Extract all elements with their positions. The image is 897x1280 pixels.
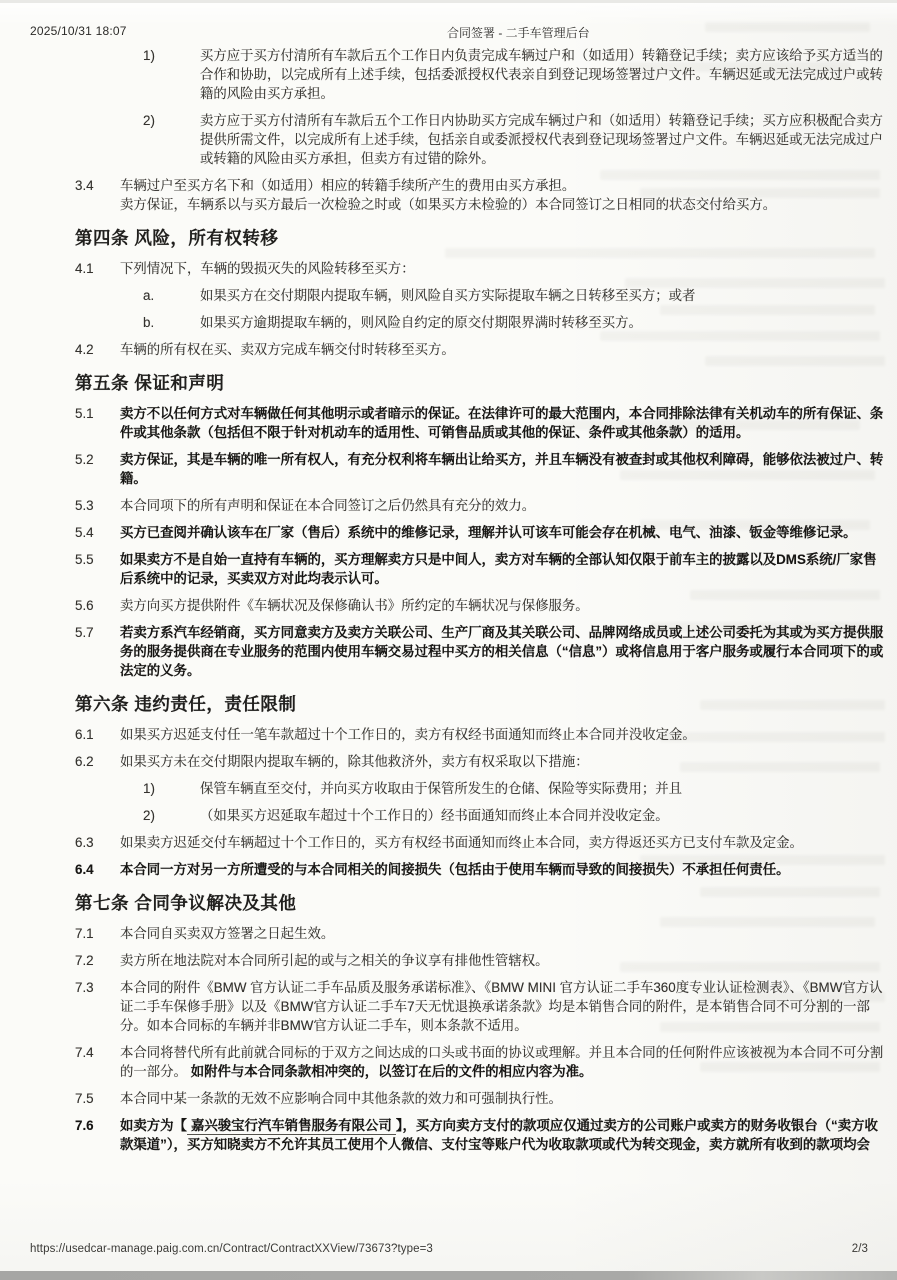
clause-5-2: 5.2 卖方保证，其是车辆的唯一所有权人，有充分权利将车辆出让给买方，并且车辆没… (75, 450, 889, 488)
clause-6-4: 6.4 本合同一方对另一方所遭受的与本合同相关的间接损失（包括由于使用车辆而导致… (75, 860, 889, 879)
clause-5-1: 5.1 卖方不以任何方式对车辆做任何其他明示或者暗示的保证。在法律许可的最大范围… (75, 404, 889, 442)
item-number: 1) (143, 46, 200, 103)
clause-number: 4.2 (75, 340, 120, 359)
clause-7-5: 7.5 本合同中某一条款的无效不应影响合同中其他条款的效力和可强制执行性。 (75, 1089, 889, 1108)
clause-6-2-item-2: 2) （如果买方迟延取车超过十个工作日的）经书面通知而终止本合同并没收定金。 (143, 806, 889, 825)
clause-text: 如果卖方不是自始一直持有车辆的，买方理解卖方只是中间人，卖方对车辆的全部认知仅限… (120, 550, 889, 588)
item-text: （如果买方迟延取车超过十个工作日的）经书面通知而终止本合同并没收定金。 (200, 806, 889, 825)
print-header: 2025/10/31 18:07 合同签署 - 二手车管理后台 (0, 24, 897, 42)
clause-number: 5.7 (75, 623, 120, 680)
clause-5-6: 5.6 卖方向买方提供附件《车辆状况及保修确认书》所约定的车辆状况与保修服务。 (75, 596, 889, 615)
section-5-heading: 第五条 保证和声明 (75, 374, 889, 393)
scan-bottom-edge (0, 1271, 897, 1280)
clause-5-7: 5.7 若卖方系汽车经销商，买方同意卖方及卖方关联公司、生产厂商及其关联公司、品… (75, 623, 889, 680)
clause-4-1-b: b. 如果买方逾期提取车辆的，则风险自约定的原交付期限界满时转移至买方。 (143, 313, 889, 332)
clause-7-3: 7.3 本合同的附件《BMW 官方认证二手车品质及服务承诺标准》、《BMW MI… (75, 978, 889, 1035)
clause-number: 7.2 (75, 951, 120, 970)
item-text: 卖方应于买方付清所有车款后五个工作日内协助买方完成车辆过户和（如适用）转籍登记手… (200, 111, 889, 168)
print-footer: https://usedcar-manage.paig.com.cn/Contr… (30, 1243, 868, 1255)
item-text: 保管车辆直至交付，并向买方收取由于保管所发生的仓储、保险等实际费用；并且 (200, 779, 889, 798)
clause-text: 卖方不以任何方式对车辆做任何其他明示或者暗示的保证。在法律许可的最大范围内，本合… (120, 404, 889, 442)
clause-text: 卖方所在地法院对本合同所引起的或与之相关的争议享有排他性管辖权。 (120, 951, 889, 970)
item-number: b. (143, 313, 200, 332)
clause-number: 7.1 (75, 924, 120, 943)
clause-5-4: 5.4 买方已查阅并确认该车在厂家（售后）系统中的维修记录，理解并认可该车可能会… (75, 523, 889, 542)
clause-text: 本合同将替代所有此前就合同标的于双方之间达成的口头或书面的协议或理解。并且本合同… (120, 1043, 889, 1081)
clause-4-1: 4.1 下列情况下，车辆的毁损灭失的风险转移至买方： (75, 259, 889, 278)
clause-5-5: 5.5 如果卖方不是自始一直持有车辆的，买方理解卖方只是中间人，卖方对车辆的全部… (75, 550, 889, 588)
clause-text: 如果卖方迟延交付车辆超过十个工作日的，买方有权经书面通知而终止本合同，卖方得返还… (120, 833, 889, 852)
clause-number: 6.4 (75, 860, 120, 879)
clause-number: 5.6 (75, 596, 120, 615)
clause-text: 下列情况下，车辆的毁损灭失的风险转移至买方： (120, 259, 889, 278)
clause-3-4-line-1: 车辆过户至买方名下和（如适用）相应的转籍手续所产生的费用由买方承担。 (120, 176, 889, 195)
clause-6-2: 6.2 如果买方未在交付期限内提取车辆的，除其他救济外，卖方有权采取以下措施： (75, 752, 889, 771)
clause-3-3-item-2: 2) 卖方应于买方付清所有车款后五个工作日内协助买方完成车辆过户和（如适用）转籍… (143, 111, 889, 168)
clause-7-6: 7.6 如卖方为【嘉兴骏宝行汽车销售服务有限公司】，买方向卖方支付的款项应仅通过… (75, 1116, 889, 1154)
clause-3-4-line-2: 卖方保证，车辆系以与买方最后一次检验之时或（如果买方未检验的）本合同签订之日相同… (120, 195, 889, 214)
clause-text: 卖方向买方提供附件《车辆状况及保修确认书》所约定的车辆状况与保修服务。 (120, 596, 889, 615)
clause-text: 车辆过户至买方名下和（如适用）相应的转籍手续所产生的费用由买方承担。 卖方保证，… (120, 176, 889, 214)
seller-company-name: 嘉兴骏宝行汽车销售服务有限公司 (187, 1118, 396, 1135)
clause-7-6-pre: 如卖方为【 (120, 1118, 187, 1133)
clause-number: 5.2 (75, 450, 120, 488)
section-7-heading: 第七条 合同争议解决及其他 (75, 894, 889, 913)
clause-7-4-bold: 如附件与本合同条款相冲突的，以签订在后的文件的相应内容为准。 (191, 1064, 593, 1079)
section-6-heading: 第六条 违约责任，责任限制 (75, 695, 889, 714)
clause-number: 5.1 (75, 404, 120, 442)
clause-6-3: 6.3 如果卖方迟延交付车辆超过十个工作日的，买方有权经书面通知而终止本合同，卖… (75, 833, 889, 852)
clause-number: 5.5 (75, 550, 120, 588)
clause-number: 7.5 (75, 1089, 120, 1108)
clause-number: 4.1 (75, 259, 120, 278)
clause-number: 6.3 (75, 833, 120, 852)
print-url: https://usedcar-manage.paig.com.cn/Contr… (30, 1243, 433, 1255)
item-number: 2) (143, 806, 200, 825)
item-text: 如果买方逾期提取车辆的，则风险自约定的原交付期限界满时转移至买方。 (200, 313, 889, 332)
clause-6-2-item-1: 1) 保管车辆直至交付，并向买方收取由于保管所发生的仓储、保险等实际费用；并且 (143, 779, 889, 798)
item-number: 2) (143, 111, 200, 168)
clause-text: 本合同项下的所有声明和保证在本合同签订之后仍然具有充分的效力。 (120, 496, 889, 515)
clause-7-2: 7.2 卖方所在地法院对本合同所引起的或与之相关的争议享有排他性管辖权。 (75, 951, 889, 970)
item-text: 如果买方在交付期限内提取车辆，则风险自买方实际提取车辆之日转移至买方；或者 (200, 286, 889, 305)
scan-top-edge (0, 0, 897, 3)
clause-number: 7.4 (75, 1043, 120, 1081)
contract-body: 1) 买方应于买方付清所有车款后五个工作日内负责完成车辆过户和（如适用）转籍登记… (75, 46, 889, 1162)
clause-7-1: 7.1 本合同自买卖双方签署之日起生效。 (75, 924, 889, 943)
contract-scan-page: 2025/10/31 18:07 合同签署 - 二手车管理后台 1) 买方应于买… (0, 0, 897, 1280)
page-indicator: 2/3 (852, 1243, 868, 1255)
clause-4-2: 4.2 车辆的所有权在买、卖双方完成车辆交付时转移至买方。 (75, 340, 889, 359)
clause-text: 卖方保证，其是车辆的唯一所有权人，有充分权利将车辆出让给买方，并且车辆没有被查封… (120, 450, 889, 488)
clause-5-3: 5.3 本合同项下的所有声明和保证在本合同签订之后仍然具有充分的效力。 (75, 496, 889, 515)
clause-4-1-a: a. 如果买方在交付期限内提取车辆，则风险自买方实际提取车辆之日转移至买方；或者 (143, 286, 889, 305)
clause-number: 7.3 (75, 978, 120, 1035)
clause-text: 车辆的所有权在买、卖双方完成车辆交付时转移至买方。 (120, 340, 889, 359)
clause-text: 本合同自买卖双方签署之日起生效。 (120, 924, 889, 943)
clause-number: 6.2 (75, 752, 120, 771)
clause-number: 7.6 (75, 1116, 120, 1154)
item-number: 1) (143, 779, 200, 798)
clause-text: 如果买方未在交付期限内提取车辆的，除其他救济外，卖方有权采取以下措施： (120, 752, 889, 771)
clause-text: 本合同的附件《BMW 官方认证二手车品质及服务承诺标准》、《BMW MINI 官… (120, 978, 889, 1035)
clause-text: 如果买方迟延支付任一笔车款超过十个工作日的，卖方有权经书面通知而终止本合同并没收… (120, 725, 889, 744)
section-4-heading: 第四条 风险，所有权转移 (75, 229, 889, 248)
clause-text: 若卖方系汽车经销商，买方同意卖方及卖方关联公司、生产厂商及其关联公司、品牌网络成… (120, 623, 889, 680)
item-text: 买方应于买方付清所有车款后五个工作日内负责完成车辆过户和（如适用）转籍登记手续；… (200, 46, 889, 103)
item-number: a. (143, 286, 200, 305)
print-timestamp: 2025/10/31 18:07 (30, 24, 127, 38)
clause-text: 本合同中某一条款的无效不应影响合同中其他条款的效力和可强制执行性。 (120, 1089, 889, 1108)
clause-number: 5.4 (75, 523, 120, 542)
clause-number: 6.1 (75, 725, 120, 744)
clause-text: 如卖方为【嘉兴骏宝行汽车销售服务有限公司】，买方向卖方支付的款项应仅通过卖方的公… (120, 1116, 889, 1154)
page-title: 合同签署 - 二手车管理后台 (447, 24, 590, 41)
clause-7-4: 7.4 本合同将替代所有此前就合同标的于双方之间达成的口头或书面的协议或理解。并… (75, 1043, 889, 1081)
clause-text: 本合同一方对另一方所遭受的与本合同相关的间接损失（包括由于使用车辆而导致的间接损… (120, 860, 889, 879)
clause-3-4: 3.4 车辆过户至买方名下和（如适用）相应的转籍手续所产生的费用由买方承担。 卖… (75, 176, 889, 214)
clause-number: 3.4 (75, 176, 120, 214)
clause-6-1: 6.1 如果买方迟延支付任一笔车款超过十个工作日的，卖方有权经书面通知而终止本合… (75, 725, 889, 744)
clause-3-3-item-1: 1) 买方应于买方付清所有车款后五个工作日内负责完成车辆过户和（如适用）转籍登记… (143, 46, 889, 103)
clause-number: 5.3 (75, 496, 120, 515)
clause-text: 买方已查阅并确认该车在厂家（售后）系统中的维修记录，理解并认可该车可能会存在机械… (120, 523, 889, 542)
